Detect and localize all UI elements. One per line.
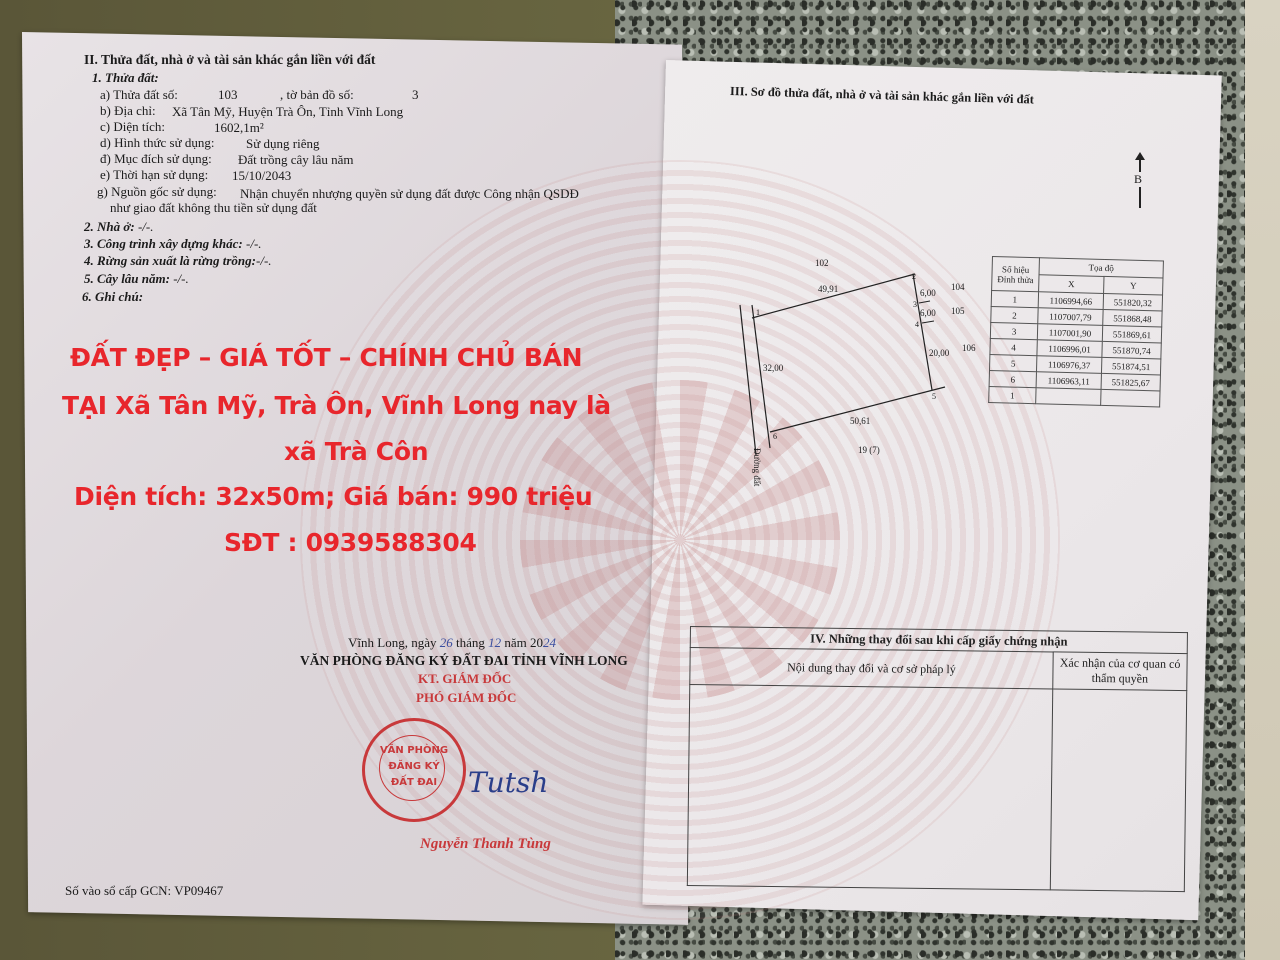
advert-line-2: TẠI Xã Tân Mỹ, Trà Ôn, Vĩnh Long nay là	[62, 391, 611, 420]
map-sheet-label: , tờ bản đồ số:	[280, 87, 354, 103]
neighbor-parcel-19: 19 (7)	[858, 445, 880, 455]
official-stamp: VĂN PHÒNG ĐĂNG KÝ ĐẤT ĐAI	[362, 718, 466, 822]
edge-length-1-2: 49,91	[818, 284, 838, 294]
kt-director-label: KT. GIÁM ĐỐC	[418, 671, 511, 687]
neighbor-parcel-106: 106	[962, 343, 976, 353]
usage-purpose-label: đ) Mục đích sử dụng:	[100, 151, 212, 167]
changes-confirmation-cell	[1050, 689, 1186, 892]
planted-forest-label: 4. Rừng sản xuất là rừng trồng:-/-.	[84, 253, 272, 269]
edge-length-3-4: 6,00	[920, 308, 936, 318]
coord-header-y: Y	[1104, 276, 1163, 295]
usage-purpose-value: Đất trồng cây lâu năm	[238, 152, 354, 168]
edge-length-5-6: 50,61	[850, 416, 870, 426]
address-value: Xã Tân Mỹ, Huyện Trà Ôn, Tỉnh Vĩnh Long	[172, 104, 403, 120]
vertex-6: 6	[773, 432, 777, 441]
north-arrow-icon: B	[1134, 152, 1146, 210]
neighbor-parcel-102: 102	[815, 258, 829, 268]
issue-date: Vĩnh Long, ngày 26 tháng 12 năm 2024	[348, 635, 556, 651]
edge-length-2-3: 6,00	[920, 288, 936, 298]
usage-term-value: 15/10/2043	[232, 168, 291, 184]
road-label: Đường đất	[752, 448, 762, 486]
vertex-3: 3	[913, 300, 917, 309]
parcel-number-value: 103	[218, 87, 238, 103]
house-label: 2. Nhà ở: -/-.	[84, 219, 153, 235]
coord-header-x: X	[1039, 275, 1104, 294]
usage-form-value: Sử dụng riêng	[246, 136, 320, 152]
vertex-4: 4	[915, 320, 919, 329]
neighbor-parcel-105: 105	[951, 306, 965, 316]
wall-background	[1245, 0, 1280, 960]
edge-length-6-1: 32,00	[763, 363, 783, 373]
vertex-5: 5	[932, 392, 936, 401]
signer-name: Nguyễn Thanh Tùng	[420, 836, 551, 853]
coord-header-vertex: Số hiệu Đỉnh thửa	[992, 257, 1040, 292]
other-construction-label: 3. Công trình xây dựng khác: -/-.	[84, 236, 262, 252]
vertex-2: 2	[912, 272, 916, 281]
map-sheet-value: 3	[412, 87, 419, 103]
registry-number: Số vào sổ cấp GCN: VP09467	[65, 883, 223, 899]
origin-label: g) Nguồn gốc sử dụng:	[97, 184, 217, 200]
origin-value-line2: như giao đất không thu tiền sử dụng đất	[110, 200, 317, 216]
vertex-coordinates-table: Số hiệu Đỉnh thửa Tọa độ X Y 11106994,66…	[988, 256, 1164, 407]
changes-col-content: Nội dung thay đổi và cơ sở pháp lý	[690, 648, 1053, 689]
issuing-office: VĂN PHÒNG ĐĂNG KÝ ĐẤT ĐAI TỈNH VĨNH LONG	[300, 653, 628, 669]
changes-table: IV. Những thay đổi sau khi cấp giấy chứn…	[687, 626, 1188, 892]
advert-line-1: ĐẤT ĐẸP – GIÁ TỐT – CHÍNH CHỦ BÁN	[70, 343, 582, 372]
advert-line-4: Diện tích: 32x50m; Giá bán: 990 triệu	[74, 482, 592, 511]
perennial-trees-label: 5. Cây lâu năm: -/-.	[84, 271, 189, 287]
parcel-number-label: a) Thửa đất số:	[100, 87, 178, 103]
neighbor-parcel-104: 104	[951, 282, 965, 292]
handwritten-signature: Tutsh	[468, 766, 548, 799]
area-value: 1602,1m²	[214, 120, 264, 136]
deputy-director-label: PHÓ GIÁM ĐỐC	[416, 690, 516, 706]
changes-col-confirmation: Xác nhận của cơ quan có thẩm quyền	[1053, 652, 1187, 691]
parcel-heading: 1. Thửa đất:	[92, 70, 159, 86]
address-label: b) Địa chỉ:	[100, 103, 156, 119]
advert-phone: SĐT : 0939588304	[224, 528, 477, 557]
notes-label: 6. Ghi chú:	[82, 289, 143, 305]
vertex-1: 1	[756, 308, 760, 317]
advert-line-3: xã Trà Côn	[284, 437, 428, 466]
changes-content-cell	[687, 685, 1052, 890]
edge-length-4-5: 20,00	[929, 348, 949, 358]
section-ii-title: II. Thửa đất, nhà ở và tài sản khác gắn …	[84, 52, 375, 68]
usage-term-label: e) Thời hạn sử dụng:	[100, 167, 208, 183]
usage-form-label: d) Hình thức sử dụng:	[100, 135, 214, 151]
area-label: c) Diện tích:	[100, 119, 165, 135]
